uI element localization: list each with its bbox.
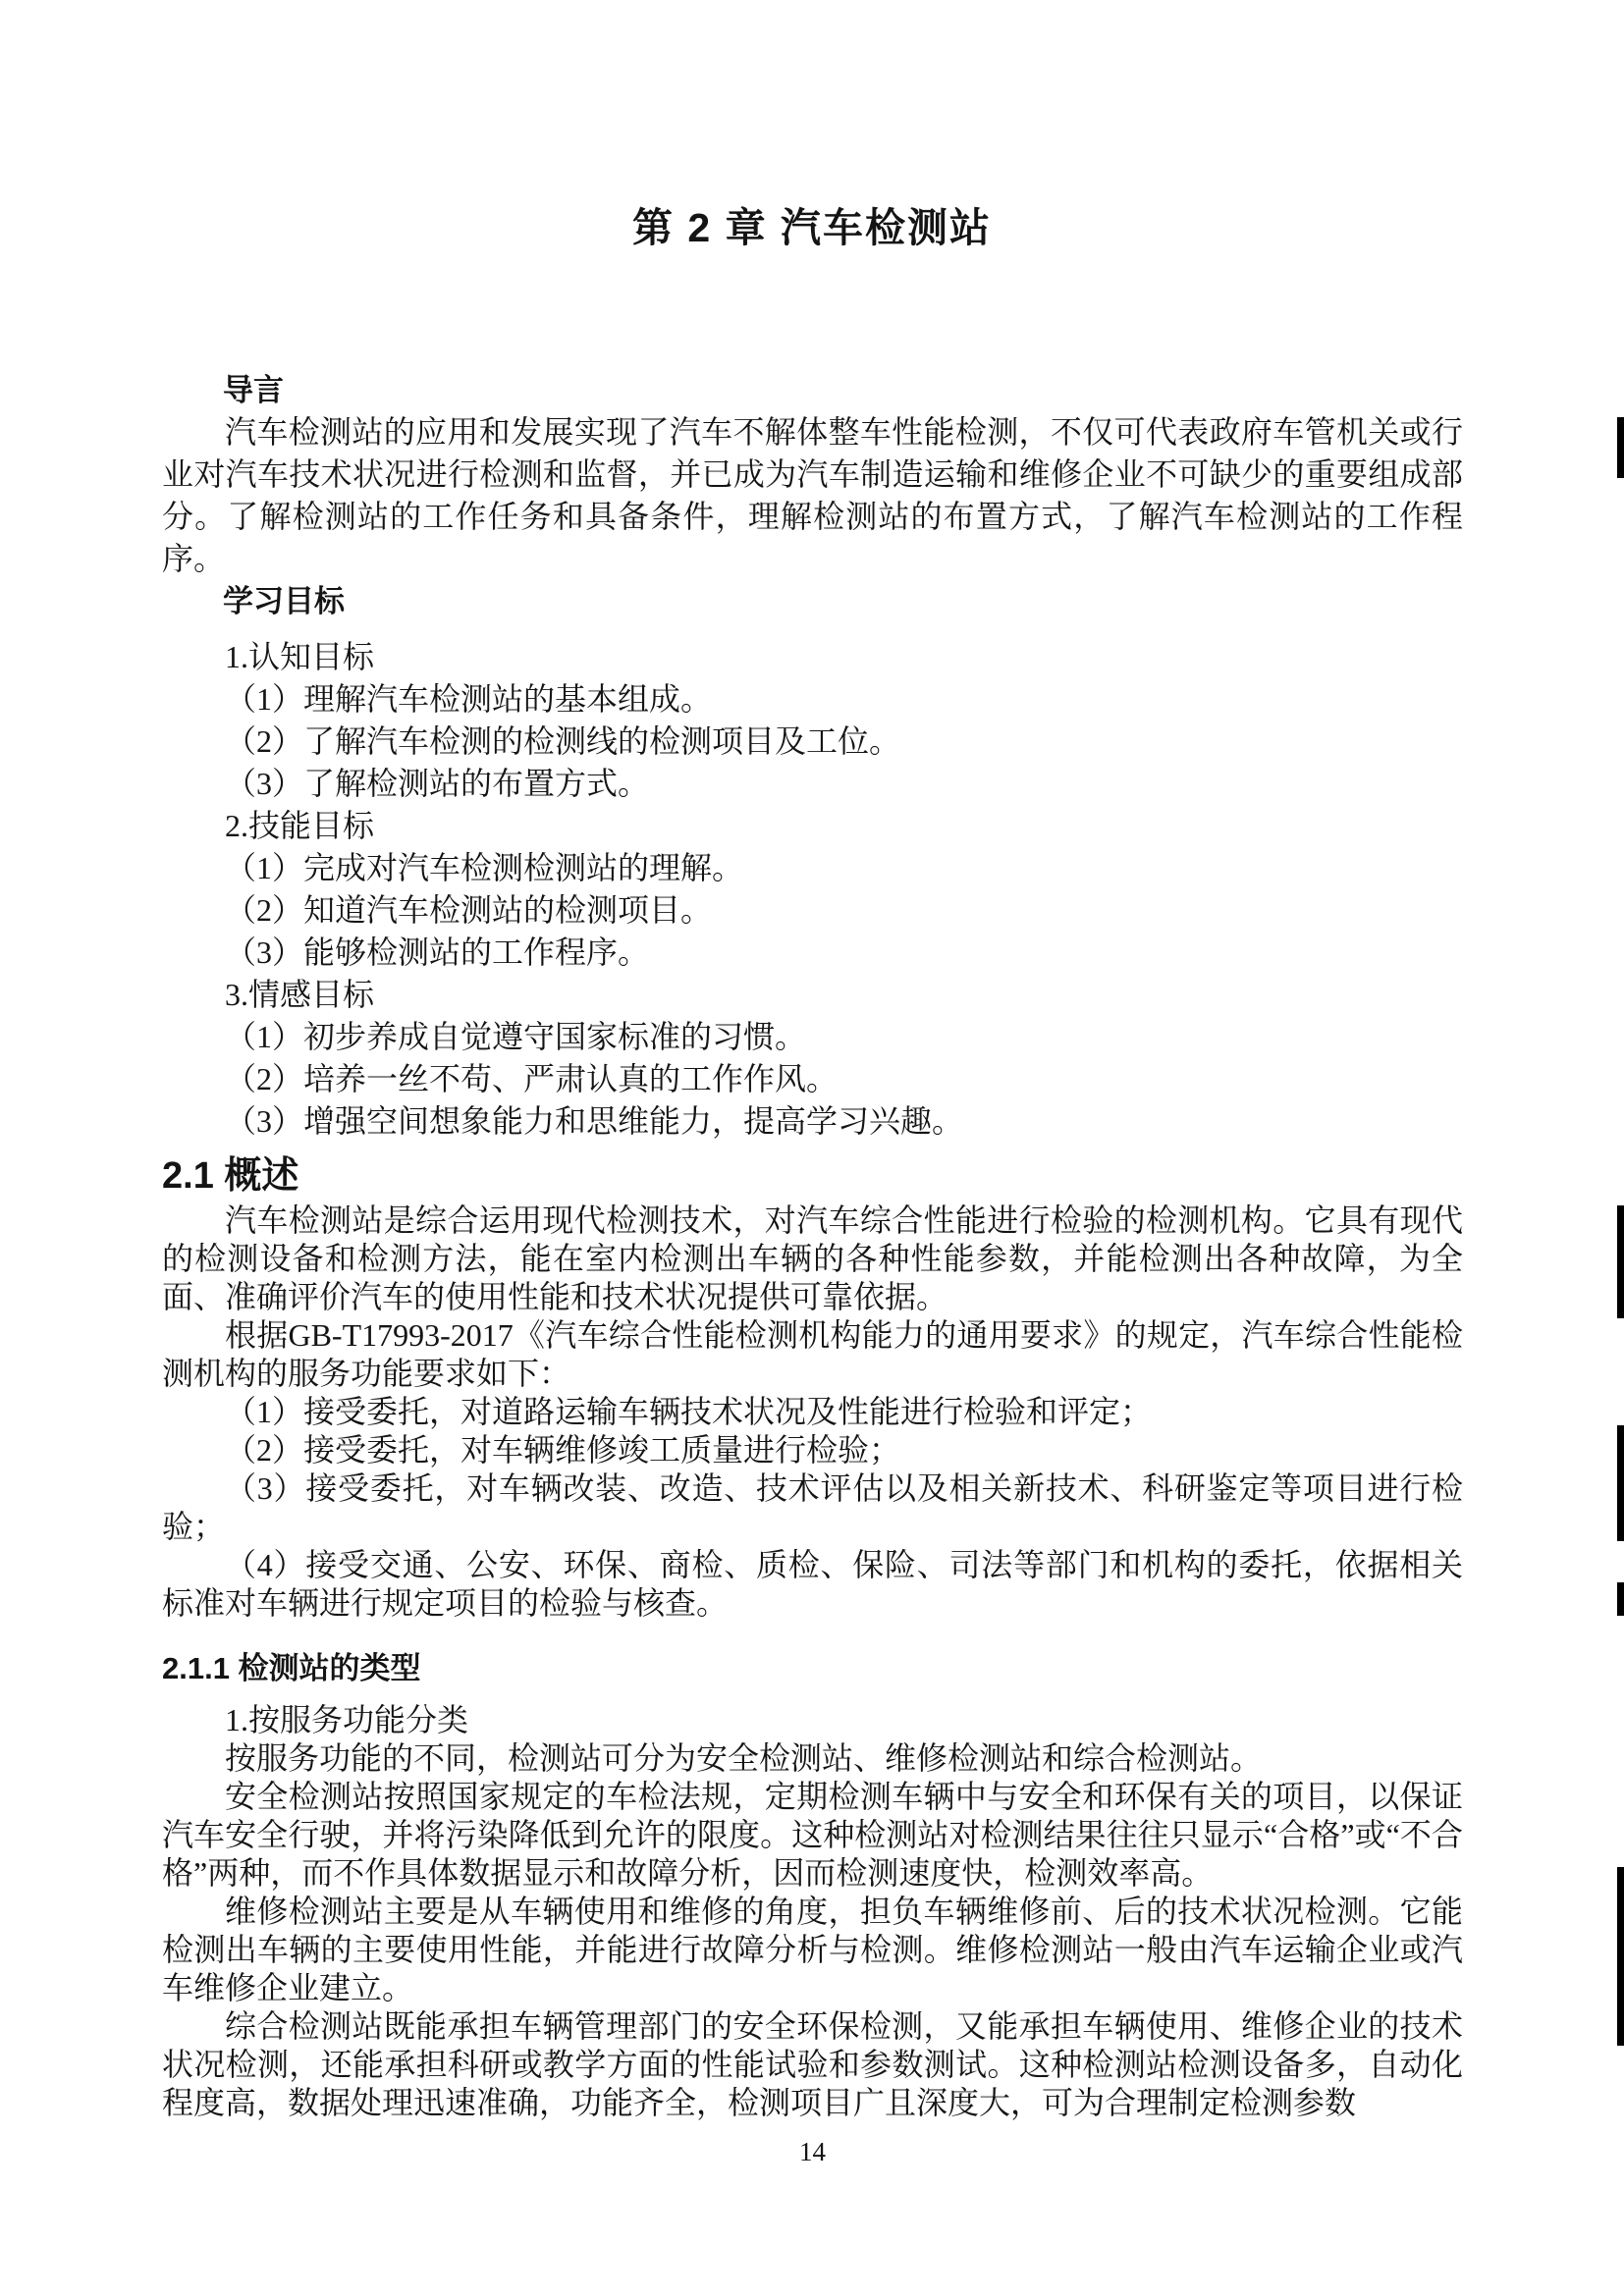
service-item: （2）接受委托，对车辆维修竣工质量进行检验； xyxy=(162,1431,1463,1469)
document-page: 第 2 章 汽车检测站 导言 汽车检测站的应用和发展实现了汽车不解体整车性能检测… xyxy=(0,0,1624,2296)
service-item: （3）接受委托，对车辆改装、改造、技术评估以及相关新技术、科研鉴定等项目进行检验… xyxy=(162,1469,1463,1546)
overview-paragraph: 汽车检测站是综合运用现代检测技术，对汽车综合性能进行检验的检测机构。它具有现代的… xyxy=(162,1201,1463,1316)
page-number: 14 xyxy=(162,2134,1463,2169)
objectives-heading: 学习目标 xyxy=(162,580,1463,622)
service-item: （1）接受委托，对道路运输车辆技术状况及性能进行检验和评定； xyxy=(162,1393,1463,1431)
section-heading-types: 2.1.1 检测站的类型 xyxy=(162,1646,1463,1691)
scan-artifact xyxy=(1617,1582,1624,1616)
intro-heading: 导言 xyxy=(162,369,1463,411)
types-section: 1.按服务功能分类 按服务功能的不同，检测站可分为安全检测站、维修检测站和综合检… xyxy=(162,1701,1463,2122)
objective-line: 2.技能目标 xyxy=(162,805,1463,847)
scan-artifact xyxy=(1617,1425,1624,1541)
scan-artifact xyxy=(1617,1867,1624,2046)
objective-line: （2）知道汽车检测站的检测项目。 xyxy=(162,889,1463,932)
objective-line: （2）培养一丝不苟、严肃认真的工作作风。 xyxy=(162,1058,1463,1100)
intro-paragraph: 汽车检测站的应用和发展实现了汽车不解体整车性能检测，不仅可代表政府车管机关或行业… xyxy=(162,411,1463,580)
objective-line: 1.认知目标 xyxy=(162,636,1463,678)
objectives-list: 1.认知目标 （1）理解汽车检测站的基本组成。 （2）了解汽车检测的检测线的检测… xyxy=(162,636,1463,1143)
overview-paragraph: 根据GB-T17993-2017《汽车综合性能检测机构能力的通用要求》的规定，汽… xyxy=(162,1316,1463,1393)
objective-line: （2）了解汽车检测的检测线的检测项目及工位。 xyxy=(162,721,1463,763)
objective-line: （3）了解检测站的布置方式。 xyxy=(162,763,1463,805)
types-paragraph: 综合检测站既能承担车辆管理部门的安全环保检测，又能承担车辆使用、维修企业的技术状… xyxy=(162,2007,1463,2122)
objective-line: （1）完成对汽车检测检测站的理解。 xyxy=(162,847,1463,889)
types-subhead: 1.按服务功能分类 xyxy=(162,1701,1463,1739)
section-heading-overview: 2.1 概述 xyxy=(162,1150,1463,1201)
types-paragraph: 安全检测站按照国家规定的车检法规，定期检测车辆中与安全和环保有关的项目，以保证汽… xyxy=(162,1778,1463,1893)
scan-artifact xyxy=(1617,417,1624,478)
service-item: （4）接受交通、公安、环保、商检、质检、保险、司法等部门和机构的委托，依据相关标… xyxy=(162,1546,1463,1623)
objective-line: 3.情感目标 xyxy=(162,974,1463,1016)
objective-line: （1）理解汽车检测站的基本组成。 xyxy=(162,678,1463,721)
page-content: 导言 汽车检测站的应用和发展实现了汽车不解体整车性能检测，不仅可代表政府车管机关… xyxy=(0,369,1624,2169)
scan-artifact xyxy=(1617,1205,1624,1318)
objective-line: （3）增强空间想象能力和思维能力，提高学习兴趣。 xyxy=(162,1100,1463,1143)
objective-line: （1）初步养成自觉遵守国家标准的习惯。 xyxy=(162,1016,1463,1058)
types-lead: 按服务功能的不同，检测站可分为安全检测站、维修检测站和综合检测站。 xyxy=(162,1739,1463,1778)
chapter-title: 第 2 章 汽车检测站 xyxy=(0,0,1624,253)
types-paragraph: 维修检测站主要是从车辆使用和维修的角度，担负车辆维修前、后的技术状况检测。它能检… xyxy=(162,1893,1463,2007)
objective-line: （3）能够检测站的工作程序。 xyxy=(162,932,1463,974)
